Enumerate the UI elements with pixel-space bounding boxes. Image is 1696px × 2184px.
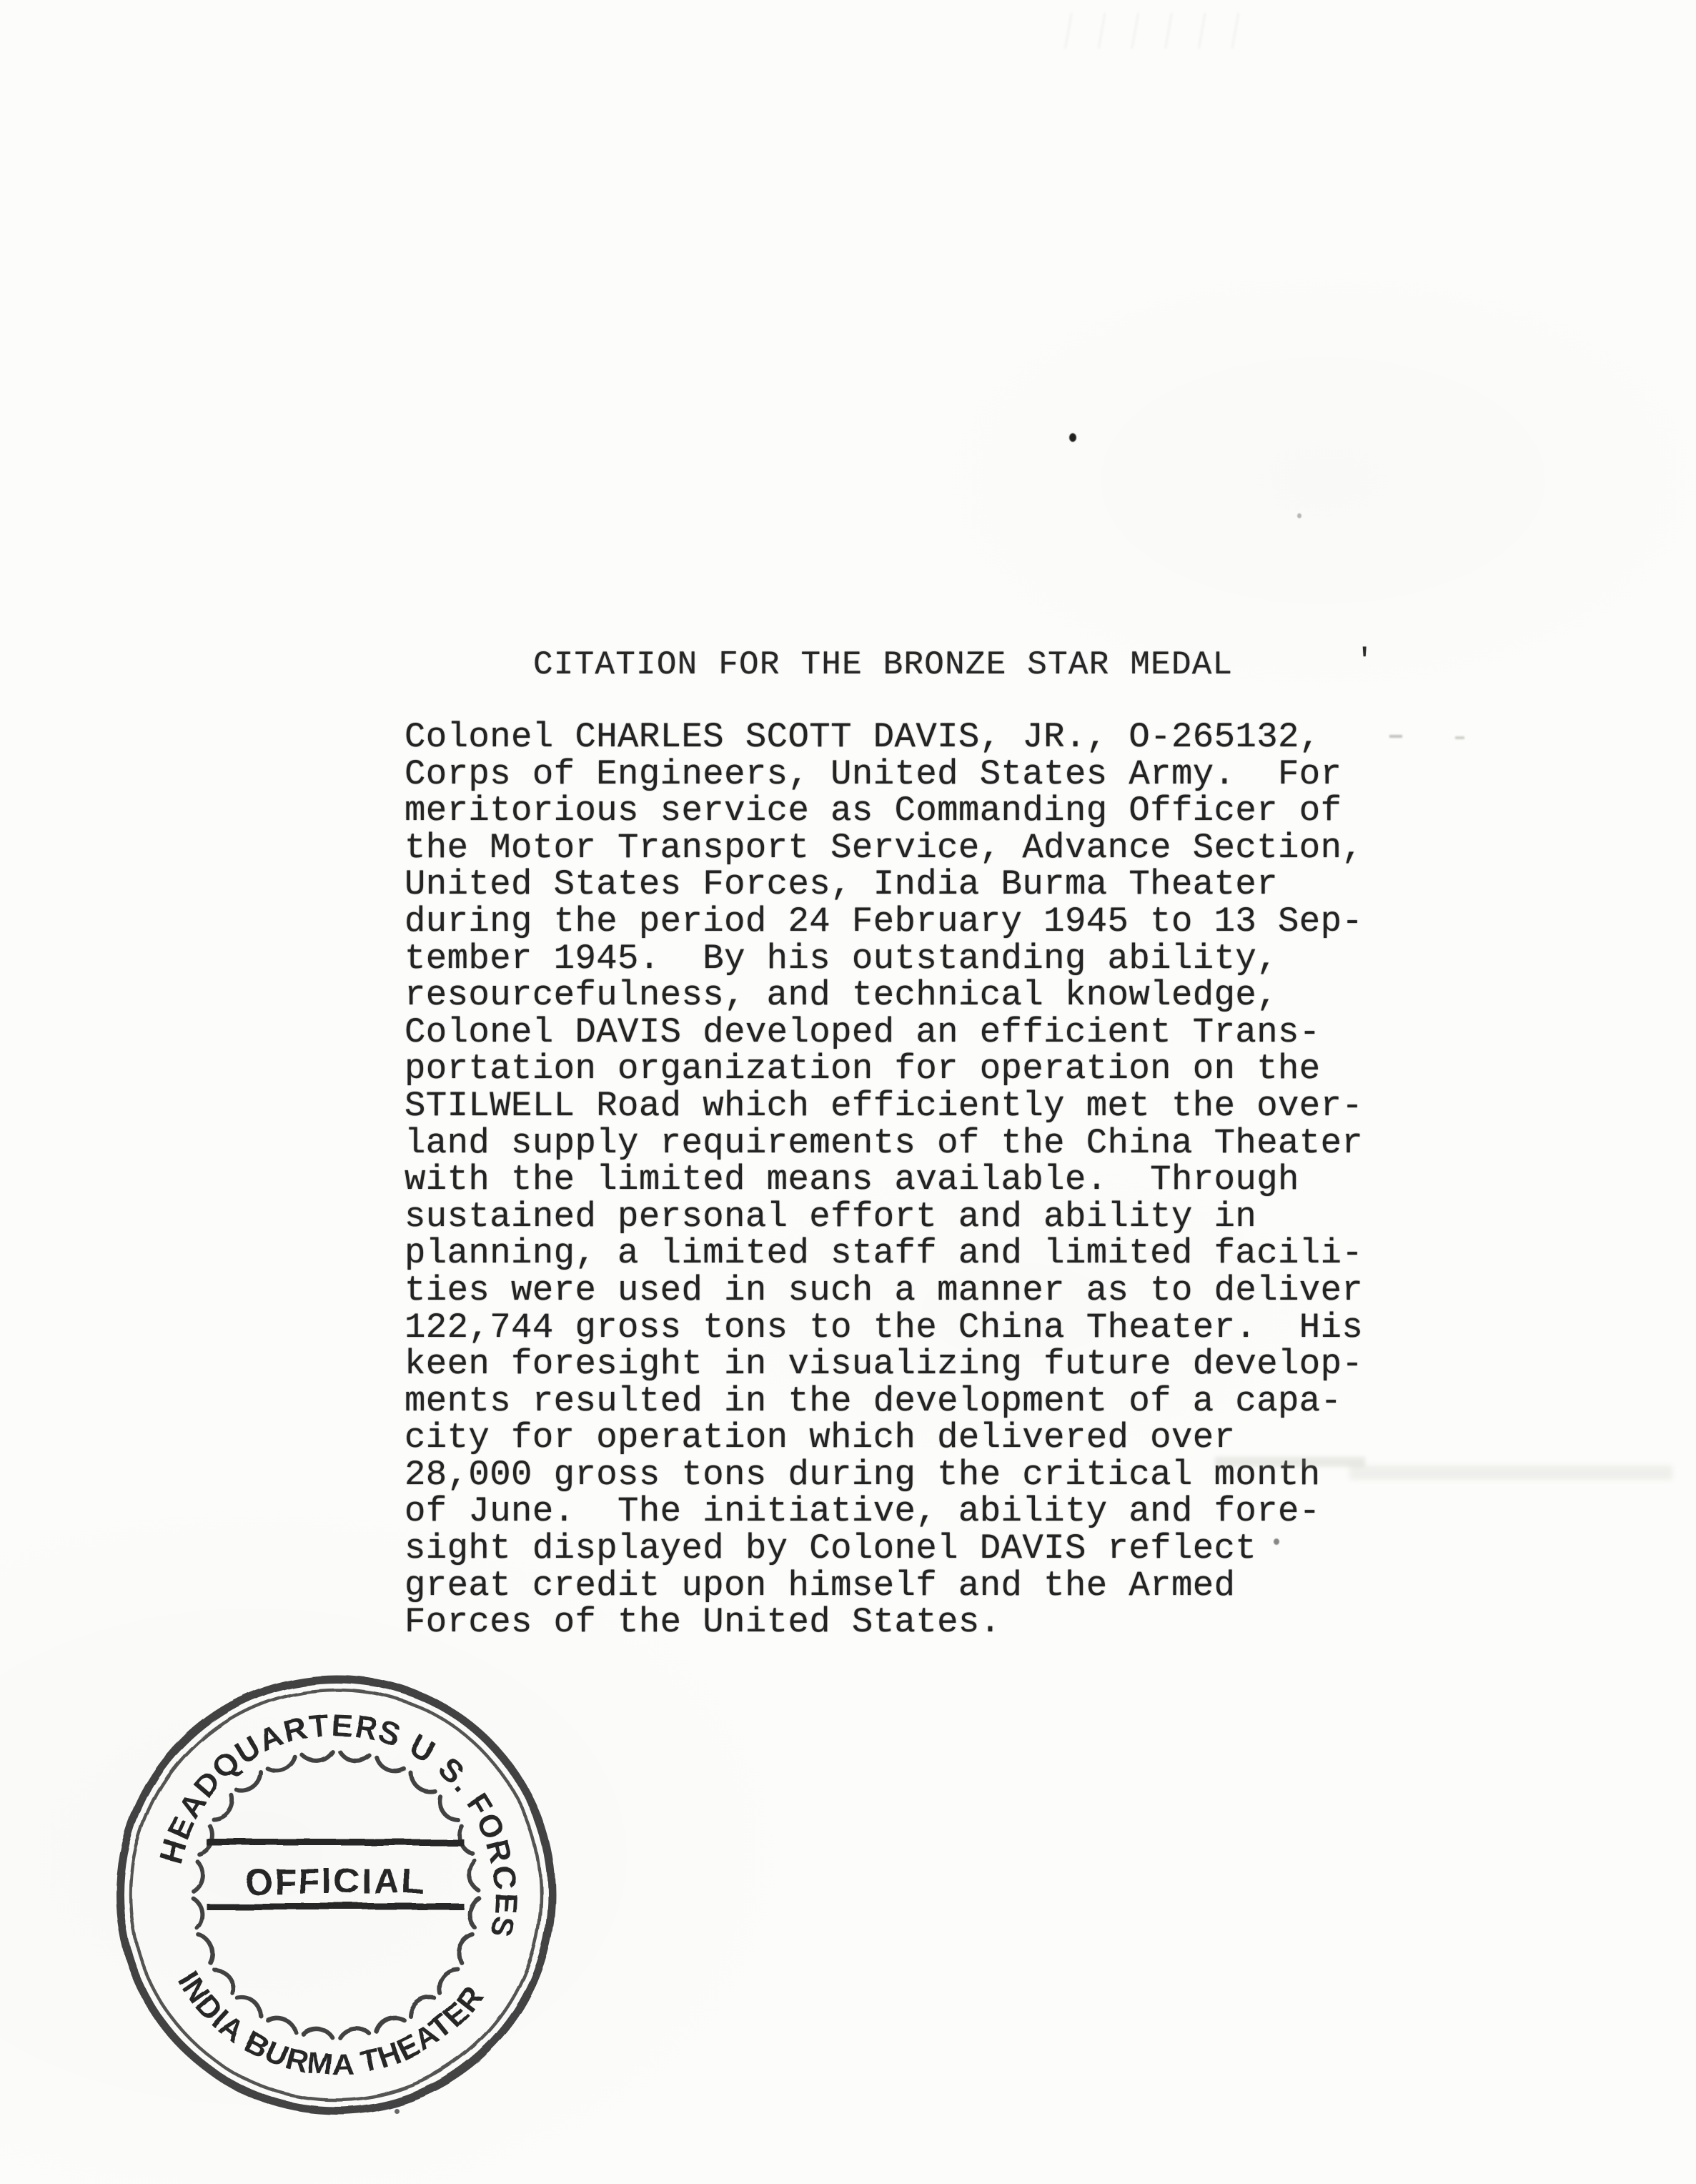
scan-speck	[1455, 736, 1464, 739]
official-stamp: HEADQUARTERS U S. FORCES INDIA BURMA THE…	[107, 1666, 565, 2123]
scanned-document-page: CITATION FOR THE BRONZE STAR MEDAL ' Col…	[0, 0, 1696, 2184]
scan-speck	[1058, 13, 1244, 49]
stamp-official-label: OFFICIAL	[244, 1862, 427, 1902]
scan-speck	[1069, 433, 1076, 442]
scan-speck	[1389, 735, 1402, 738]
stray-mark: '	[1355, 643, 1374, 679]
document-title: CITATION FOR THE BRONZE STAR MEDAL	[533, 648, 1233, 682]
scan-speck	[1297, 513, 1301, 518]
citation-body-text: Colonel CHARLES SCOTT DAVIS, JR., O-2651…	[405, 719, 1363, 1641]
scan-smudge	[1349, 1466, 1672, 1480]
